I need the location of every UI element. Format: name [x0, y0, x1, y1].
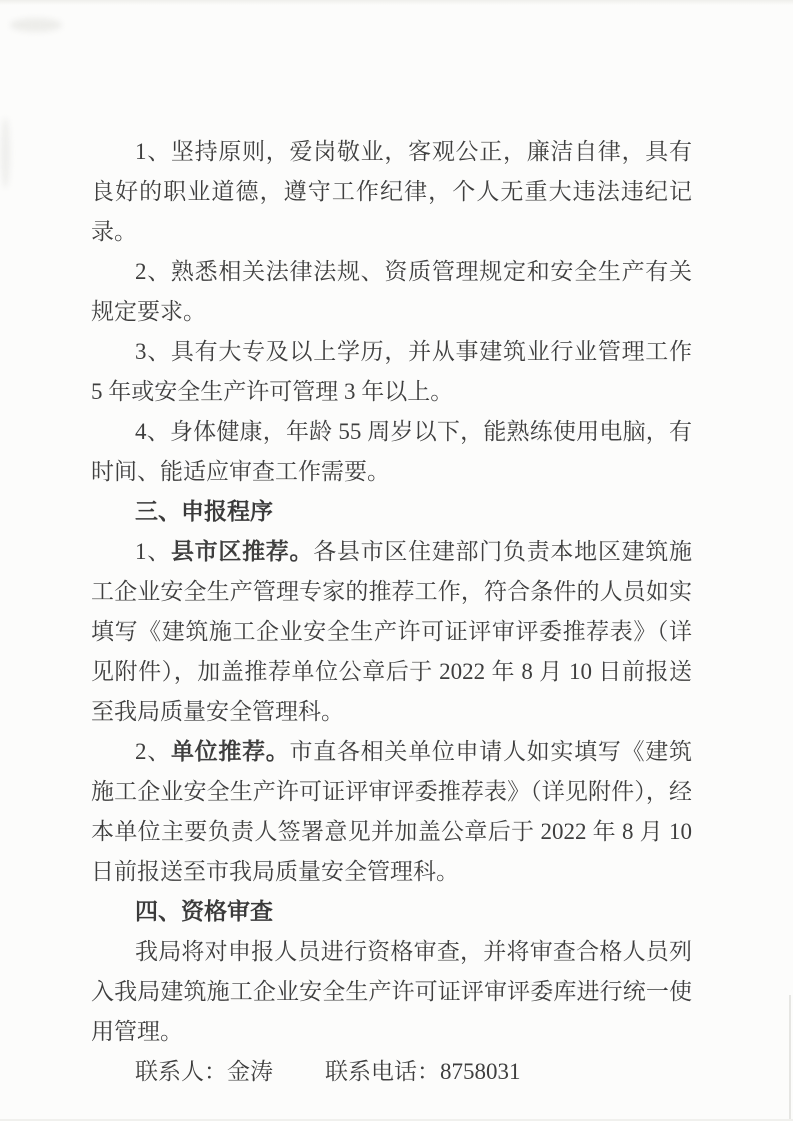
document-body: 1、坚持原则，爱岗敬业，客观公正，廉洁自律，具有良好的职业道德，遵守工作纪律，个…: [91, 132, 692, 1092]
section-heading-qualification-review: 四、资格审查: [91, 892, 692, 932]
contact-line: 联系人：金涛联系电话：8758031: [91, 1052, 692, 1092]
paragraph-county-recommendation: 1、县市区推荐。各县市区住建部门负责本地区建筑施工企业安全生产管理专家的推荐工作…: [91, 532, 692, 732]
item-lead-unit-recommendation: 单位推荐。: [171, 739, 290, 764]
scan-artifact-top-edge: [0, 0, 793, 5]
scan-artifact-smudge: [1, 118, 10, 188]
scan-artifact-smudge: [10, 18, 62, 32]
paragraph-condition-4: 4、身体健康，年龄 55 周岁以下，能熟练使用电脑，有时间、能适应审查工作需要。: [91, 412, 692, 492]
paragraph-condition-2: 2、熟悉相关法律法规、资质管理规定和安全生产有关规定要求。: [91, 252, 692, 332]
paragraph-qualification-review: 我局将对申报人员进行资格审查，并将审查合格人员列入我局建筑施工企业安全生产许可证…: [91, 932, 692, 1052]
contact-phone-number: 8758031: [440, 1059, 521, 1084]
paragraph-condition-1: 1、坚持原则，爱岗敬业，客观公正，廉洁自律，具有良好的职业道德，遵守工作纪律，个…: [91, 132, 692, 252]
scan-artifact-right-edge: [789, 995, 791, 1121]
item-lead-county-recommendation: 县市区推荐。: [171, 539, 313, 564]
contact-phone-label: 联系电话：: [325, 1059, 440, 1084]
paragraph-unit-recommendation: 2、单位推荐。市直各相关单位申请人如实填写《建筑施工企业安全生产许可证评审评委推…: [91, 732, 692, 892]
item-text: 各县市区住建部门负责本地区建筑施工企业安全生产管理专家的推荐工作，符合条件的人员…: [91, 539, 692, 724]
paragraph-condition-3: 3、具有大专及以上学历，并从事建筑业行业管理工作 5 年或安全生产许可管理 3 …: [91, 332, 692, 412]
contact-person-label: 联系人：: [135, 1059, 227, 1084]
item-number: 1、: [135, 539, 171, 564]
item-number: 2、: [135, 739, 171, 764]
contact-person-name: 金涛: [227, 1059, 273, 1084]
section-heading-application-procedure: 三、申报程序: [91, 492, 692, 532]
document-page: 1、坚持原则，爱岗敬业，客观公正，廉洁自律，具有良好的职业道德，遵守工作纪律，个…: [0, 0, 793, 1121]
